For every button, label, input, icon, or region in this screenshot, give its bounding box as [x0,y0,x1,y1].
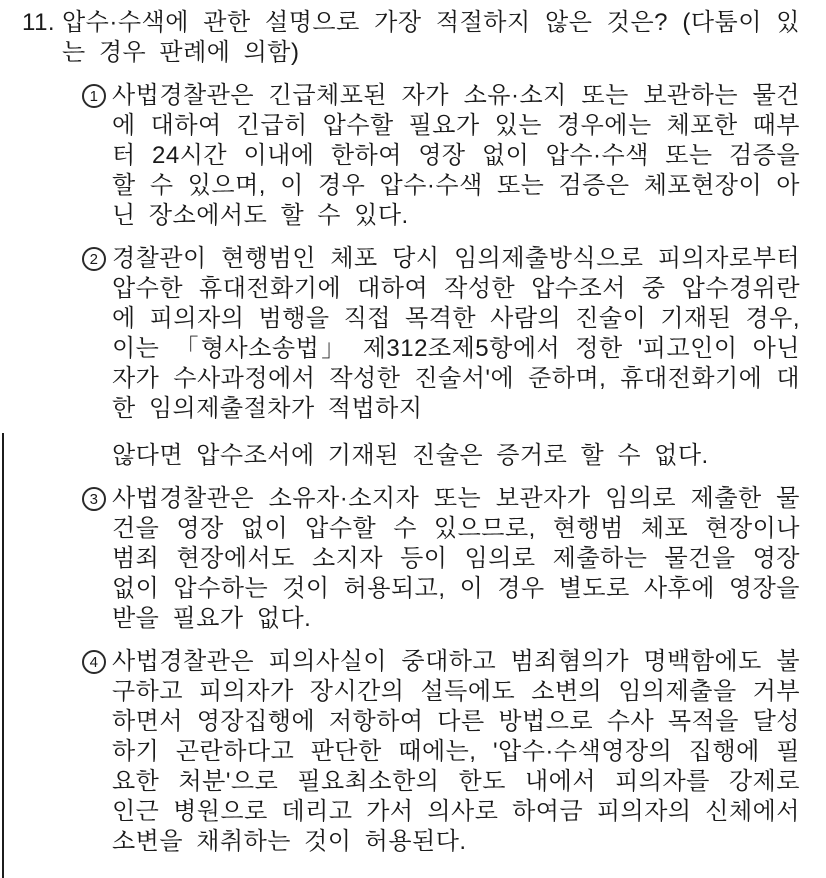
option-4-body: 사법경찰관은 피의사실이 중대하고 범죄혐의가 명백함에도 불구하고 피의자가 … [112,647,800,857]
option-1: 1 사법경찰관은 긴급체포된 자가 소유·소지 또는 보관하는 물건에 대하여 … [82,81,800,231]
option-2-circled-number: 2 [82,247,106,271]
option-1-circled-number: 1 [82,84,106,108]
option-3-circled-number: 3 [82,487,106,511]
answer-options: 1 사법경찰관은 긴급체포된 자가 소유·소지 또는 보관하는 물건에 대하여 … [82,81,800,857]
option-1-body: 사법경찰관은 긴급체포된 자가 소유·소지 또는 보관하는 물건에 대하여 긴급… [112,81,800,231]
option-3-text: 사법경찰관은 소유자·소지자 또는 보관자가 임의로 제출한 물건을 영장 없이… [112,484,800,634]
option-2-text: 경찰관이 현행범인 체포 당시 임의제출방식으로 피의자로부터 압수한 휴대전화… [112,244,800,424]
option-2-text-continued: 않다면 압수조서에 기재된 진술은 증거로 할 수 없다. [112,441,800,471]
option-2: 2 경찰관이 현행범인 체포 당시 임의제출방식으로 피의자로부터 압수한 휴대… [82,244,800,471]
option-2-body: 경찰관이 현행범인 체포 당시 임의제출방식으로 피의자로부터 압수한 휴대전화… [112,244,800,471]
exam-question-page: 11. 압수·수색에 관한 설명으로 가장 적절하지 않은 것은? (다툼이 있… [0,0,826,878]
option-4: 4 사법경찰관은 피의사실이 중대하고 범죄혐의가 명백함에도 불구하고 피의자… [82,647,800,857]
option-3-body: 사법경찰관은 소유자·소지자 또는 보관자가 임의로 제출한 물건을 영장 없이… [112,484,800,634]
option-1-text: 사법경찰관은 긴급체포된 자가 소유·소지 또는 보관하는 물건에 대하여 긴급… [112,81,800,231]
question-row: 11. 압수·수색에 관한 설명으로 가장 적절하지 않은 것은? (다툼이 있… [22,8,800,68]
option-3: 3 사법경찰관은 소유자·소지자 또는 보관자가 임의로 제출한 물건을 영장 … [82,484,800,634]
scan-edge-line [2,433,4,878]
option-4-text: 사법경찰관은 피의사실이 중대하고 범죄혐의가 명백함에도 불구하고 피의자가 … [112,647,800,857]
question-block: 11. 압수·수색에 관한 설명으로 가장 적절하지 않은 것은? (다툼이 있… [22,8,800,857]
question-number: 11. [22,8,62,38]
question-text: 압수·수색에 관한 설명으로 가장 적절하지 않은 것은? (다툼이 있는 경우… [62,8,800,68]
option-4-circled-number: 4 [82,650,106,674]
